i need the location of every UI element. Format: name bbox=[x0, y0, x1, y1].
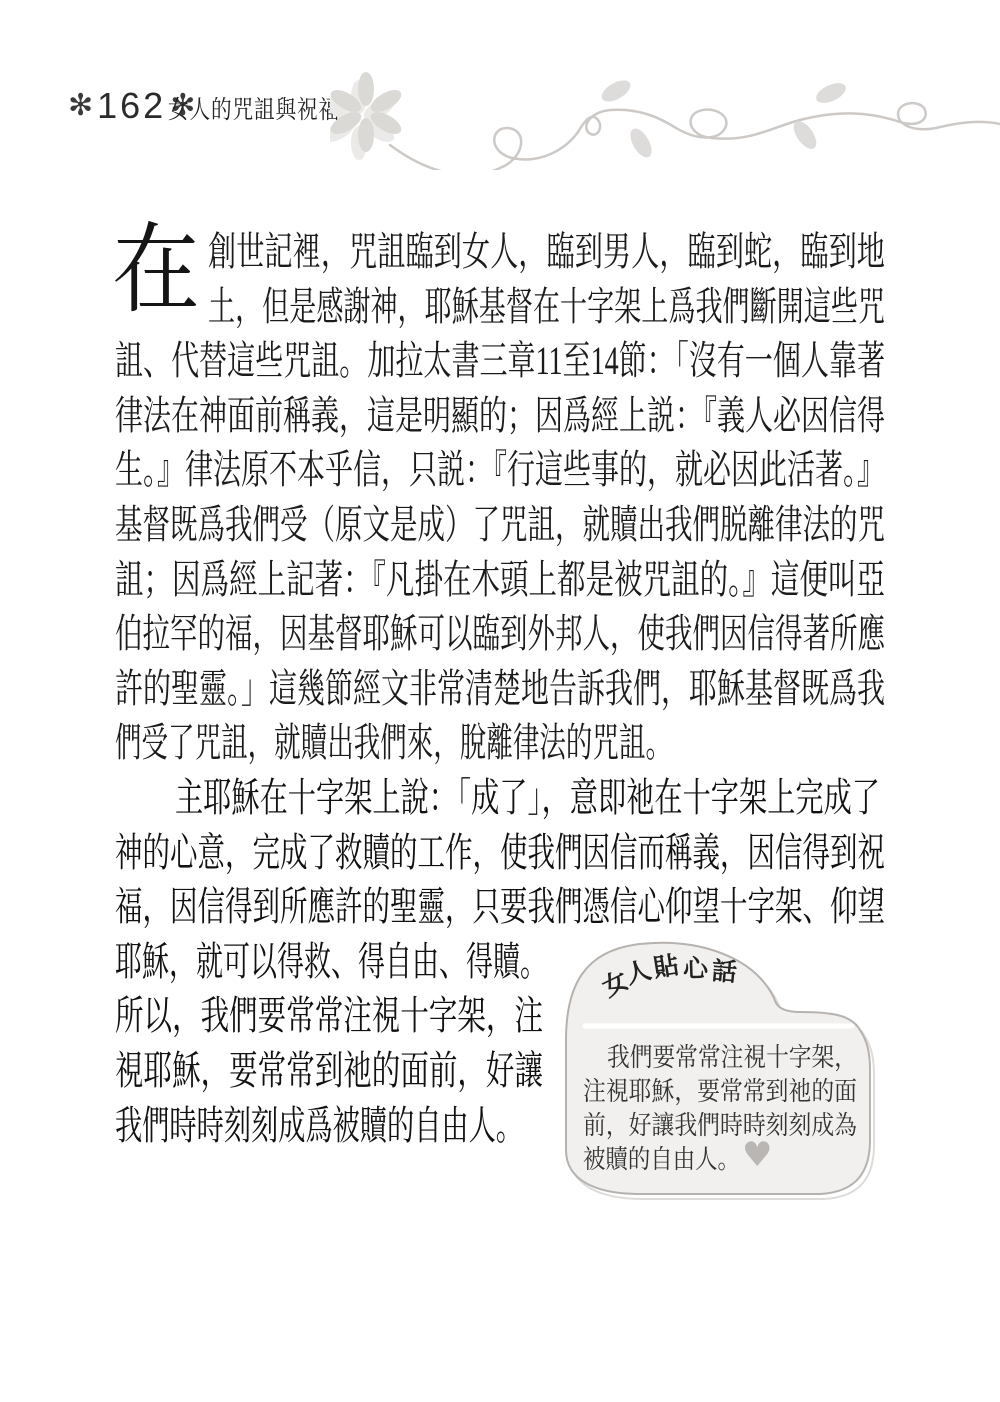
text-line: 所以，我們要常常注視十字架，注 bbox=[115, 994, 543, 1038]
flower-vine-decoration bbox=[330, 60, 1000, 170]
text-line: 基督既爲我們受（原文是成）了咒詛，就贖出我們脱離律法的咒 bbox=[115, 503, 885, 547]
book-title: 女人的咒詛與祝福 bbox=[168, 97, 340, 125]
text-line: 視耶穌，要常常到祂的面前，好讓 bbox=[115, 1049, 543, 1093]
heart-icon: ♥ bbox=[742, 1138, 772, 1172]
callout-title-char: 心 bbox=[682, 949, 708, 986]
text-line: 創世記裡，咒詛臨到女人，臨到男人，臨到蛇，臨到地 bbox=[208, 230, 885, 274]
callout-title-char: 話 bbox=[711, 951, 739, 989]
callout-line: 我們要常常注視十字架， bbox=[607, 1042, 857, 1072]
text-line: 福，因信得到所應許的聖靈，只要我們憑信心仰望十字架、仰望 bbox=[115, 885, 885, 929]
text-line: 主耶穌在十字架上說：「成了」，意即祂在十字架上完成了 bbox=[175, 776, 880, 820]
text-line: 律法在神面前稱義，這是明顯的；因爲經上説：『義人必因信得 bbox=[115, 394, 885, 438]
text-line: 我們時時刻刻成爲被贖的自由人。 bbox=[115, 1104, 523, 1148]
text-line: 許的聖靈。」這幾節經文非常清楚地告訴我們，耶穌基督既爲我 bbox=[115, 667, 885, 711]
callout-title: 女 人 貼 心 話 bbox=[596, 952, 737, 988]
text-line: 詛、代替這些咒詛。加拉太書三章11至14節：「沒有一個人靠著 bbox=[115, 339, 885, 383]
text-line: 伯拉罕的福，因基督耶穌可以臨到外邦人，使我們因信得著所應 bbox=[115, 612, 885, 656]
callout-line: 注視耶穌，要常常到祂的面 bbox=[583, 1076, 857, 1106]
text-line: 們受了咒詛，就贖出我們來，脫離律法的咒詛。 bbox=[115, 721, 672, 765]
callout-title-char: 貼 bbox=[651, 945, 681, 984]
text-line: 生。』律法原不本乎信，只説：『行這些事的，就必因此活著。』 bbox=[115, 448, 885, 492]
callout-line: 被贖的自由人。 bbox=[583, 1144, 740, 1174]
text-line: 神的心意，完成了救贖的工作，使我們因信而稱義，因信得到祝 bbox=[115, 831, 885, 875]
asterisk-icon: ✻ bbox=[68, 91, 93, 121]
page-number-value: 162 bbox=[97, 88, 166, 124]
text-line: 耶穌，就可以得救、得自由、得贖。 bbox=[115, 940, 547, 984]
book-page: ✻ 162 ✻ 女人的咒詛與祝福 bbox=[0, 0, 1000, 1402]
vine-line bbox=[390, 103, 1000, 170]
text-line: 土，但是感謝神，耶穌基督在十字架上爲我們斷開這些咒 bbox=[208, 285, 885, 329]
drop-cap: 在 bbox=[112, 222, 200, 320]
callout-line: 前，好讓我們時時刻刻成為 bbox=[583, 1110, 857, 1140]
text-line: 詛；因爲經上記著：『凡掛在木頭上都是被咒詛的。』這便叫亞 bbox=[115, 558, 885, 602]
